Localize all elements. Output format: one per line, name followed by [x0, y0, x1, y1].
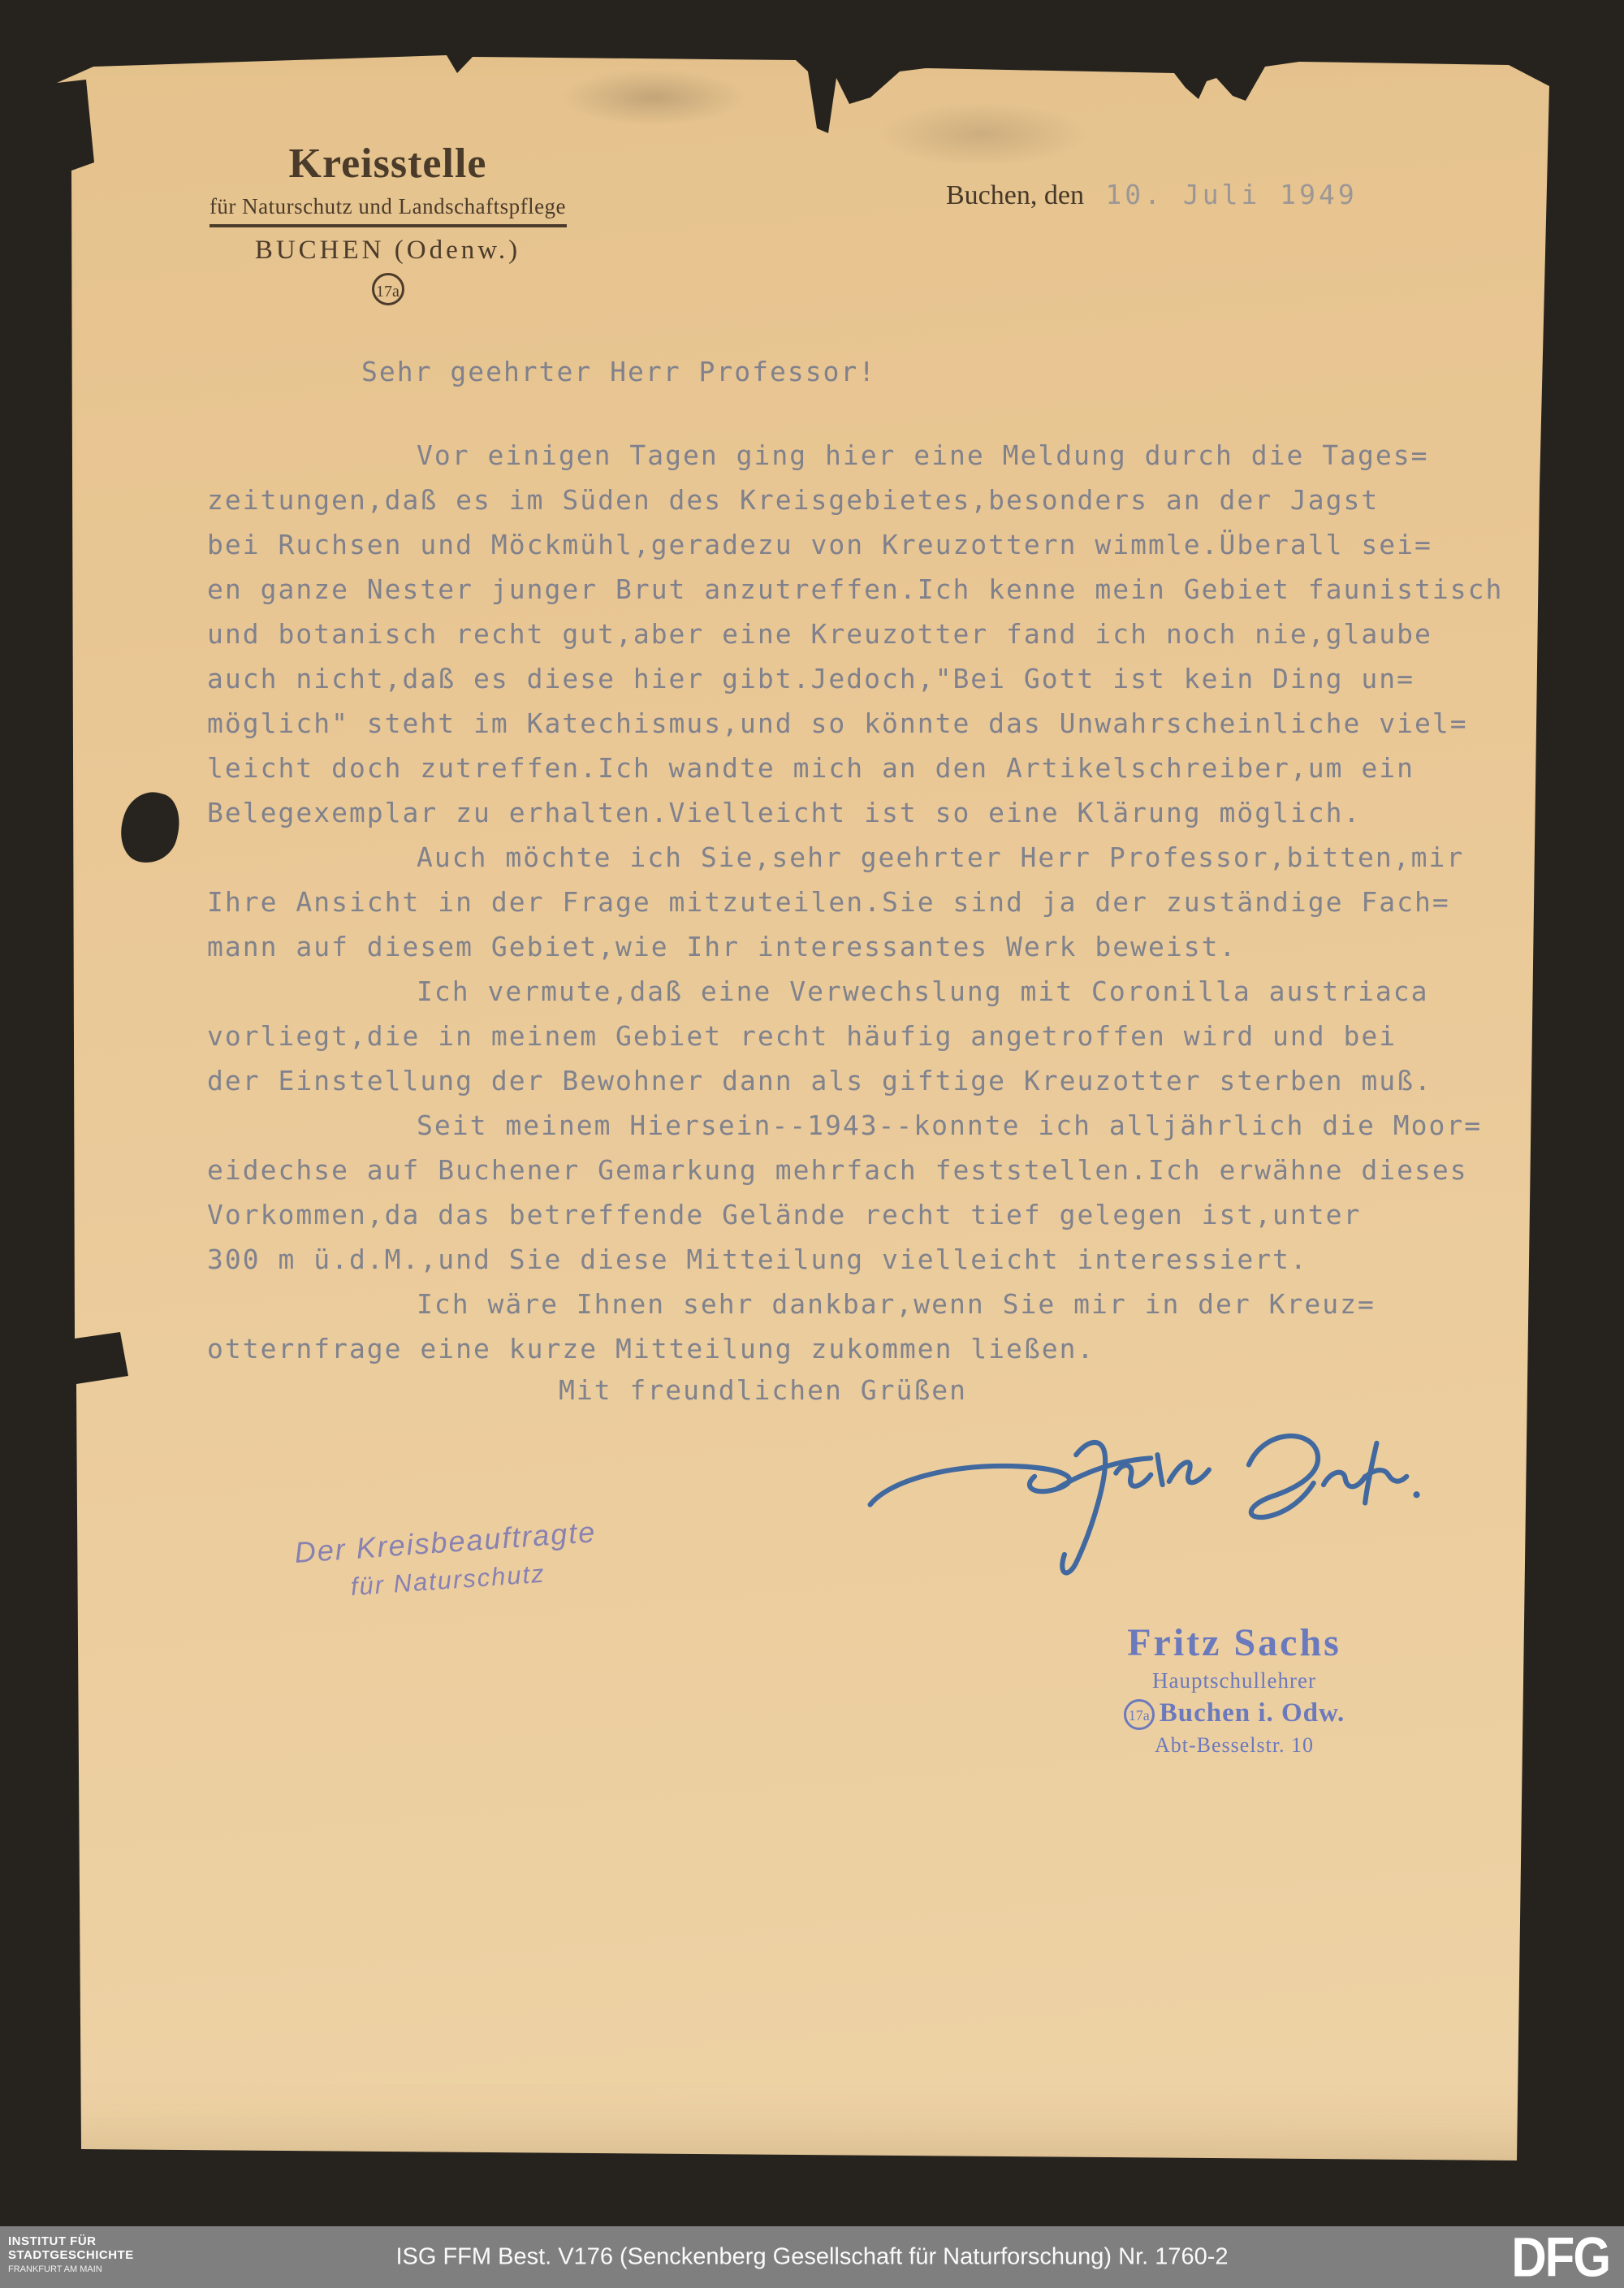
letterhead: Kreisstelle für Naturschutz und Landscha…	[191, 140, 585, 305]
letter-line: eidechse auf Buchener Gemarkung mehrfach…	[207, 1148, 1449, 1192]
closing-formula: Mit freundlichen Grüßen	[559, 1374, 967, 1406]
letter-line: Seit meinem Hiersein--1943--konnte ich a…	[207, 1103, 1449, 1148]
date-typed-value: 10. Juli 1949	[1105, 179, 1357, 210]
postal-district-badge: 17a	[372, 273, 404, 305]
paper-sheet: Kreisstelle für Naturschutz und Landscha…	[0, 0, 1624, 2288]
letter-line: 300 m ü.d.M.,und Sie diese Mitteilung vi…	[207, 1237, 1449, 1282]
letter-line: bei Ruchsen und Möckmühl,geradezu von Kr…	[207, 522, 1449, 567]
letter-line: en ganze Nester junger Brut anzutreffen.…	[207, 567, 1449, 612]
letterhead-subtitle: für Naturschutz und Landschaftspflege	[191, 194, 585, 219]
letter-line: Auch möchte ich Sie,sehr geehrter Herr P…	[207, 835, 1449, 880]
postal-district-badge: 17a	[1124, 1699, 1155, 1730]
date-printed-label: Buchen, den	[946, 180, 1084, 210]
letter-line: auch nicht,daß es diese hier gibt.Jedoch…	[207, 656, 1449, 701]
letter-line: Ihre Ansicht in der Frage mitzuteilen.Si…	[207, 880, 1449, 924]
stamp-city-line: 17aBuchen i. Odw.	[1072, 1698, 1397, 1730]
stamp-street: Abt-Besselstr. 10	[1072, 1733, 1397, 1758]
stamp-name: Fritz Sachs	[1072, 1620, 1397, 1665]
letter-line: der Einstellung der Bewohner dann als gi…	[207, 1058, 1449, 1103]
letter-line: leicht doch zutreffen.Ich wandte mich an…	[207, 746, 1449, 790]
letter-line: otternfrage eine kurze Mitteilung zukomm…	[207, 1326, 1449, 1371]
letter-line: mann auf diesem Gebiet,wie Ihr interessa…	[207, 924, 1449, 969]
letter-line: Vor einigen Tagen ging hier eine Meldung…	[207, 433, 1449, 478]
letter-line: Belegexemplar zu erhalten.Vielleicht ist…	[207, 790, 1449, 835]
letter-line: Ich vermute,daß eine Verwechslung mit Co…	[207, 969, 1449, 1014]
letter-line: Ich wäre Ihnen sehr dankbar,wenn Sie mir…	[207, 1282, 1449, 1326]
letter-line: und botanisch recht gut,aber eine Kreuzo…	[207, 612, 1449, 656]
stamp-city: Buchen i. Odw.	[1160, 1698, 1345, 1728]
letterhead-rule	[209, 224, 567, 227]
stamp-title: Hauptschullehrer	[1072, 1668, 1397, 1693]
scanned-letter-page: Kreisstelle für Naturschutz und Landscha…	[0, 0, 1624, 2288]
letterhead-title: Kreisstelle	[191, 140, 585, 188]
dfg-logo: DFG	[1511, 2225, 1609, 2288]
address-stamp-fritz-sachs: Fritz Sachs Hauptschullehrer 17aBuchen i…	[1072, 1620, 1397, 1758]
date-line: Buchen, den 10. Juli 1949	[946, 179, 1358, 211]
salutation: Sehr geehrter Herr Professor!	[207, 356, 1425, 387]
signature-fritz-sachs	[857, 1412, 1425, 1594]
letterhead-city: BUCHEN (Odenw.)	[191, 236, 585, 266]
letter-line: vorliegt,die in meinem Gebiet recht häuf…	[207, 1014, 1449, 1058]
archive-footer-bar: INSTITUT FÜR STADTGESCHICHTE FRANKFURT A…	[0, 2226, 1624, 2288]
letter-line: Vorkommen,da das betreffende Gelände rec…	[207, 1192, 1449, 1237]
archive-citation: ISG FFM Best. V176 (Senckenberg Gesellsc…	[0, 2244, 1624, 2271]
letter-line: möglich" steht im Katechismus,und so kön…	[207, 701, 1449, 746]
letter-body: Vor einigen Tagen ging hier eine Meldung…	[207, 433, 1449, 1371]
letter-line: zeitungen,daß es im Süden des Kreisgebie…	[207, 478, 1449, 522]
